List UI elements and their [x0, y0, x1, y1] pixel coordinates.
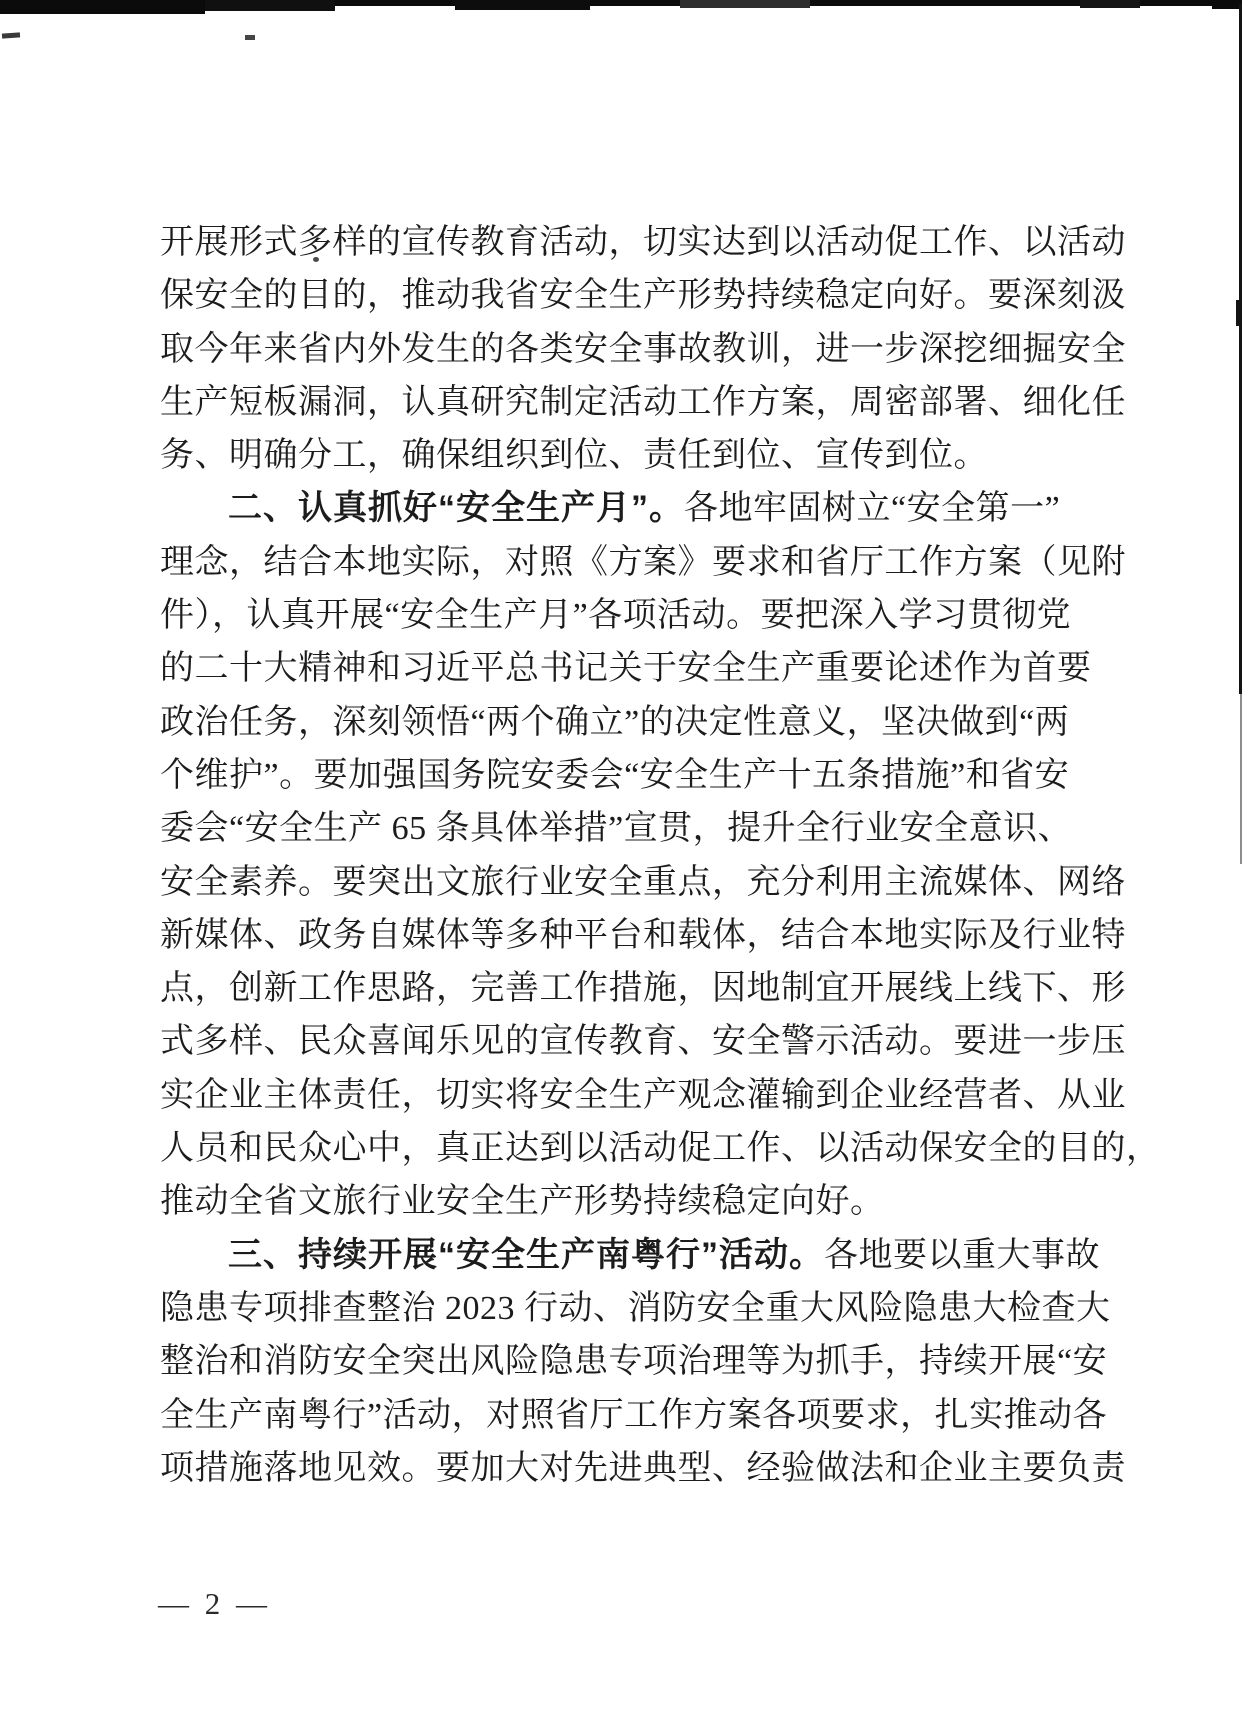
- text-segment-bold: 三、持续开展“安全生产南粤行”活动。: [228, 1236, 824, 1274]
- text-line: 隐患专项排查整治 2023 行动、消防安全重大风险隐患大检查大: [160, 1282, 1096, 1335]
- text-segment: 务、明确分工，确保组织到位、责任到位、宣传到位。: [160, 437, 988, 474]
- text-line: 安全素养。要突出文旅行业安全重点，充分利用主流媒体、网络: [160, 856, 1096, 909]
- text-segment: 推动全省文旅行业安全生产形势持续稳定向好。: [160, 1183, 885, 1220]
- text-segment: 安全素养。要突出文旅行业安全重点，充分利用主流媒体、网络: [160, 864, 1126, 901]
- text-line: 新媒体、政务自媒体等多种平台和载体，结合本地实际及行业特: [160, 909, 1096, 962]
- document-body: 开展形式多样的宣传教育活动，切实达到以活动促工作、以活动保安全的目的，推动我省安…: [160, 216, 1096, 1495]
- scan-artifact-top-mid: [455, 0, 590, 10]
- text-line: 人员和民众心中，真正达到以活动促工作、以活动保安全的目的，: [160, 1122, 1096, 1175]
- scan-artifact-top-left: [0, 0, 205, 14]
- scan-speck: [245, 35, 255, 40]
- text-segment: 实企业主体责任，切实将安全生产观念灌输到企业经营者、从业: [160, 1077, 1126, 1114]
- text-segment: 整治和消防安全突出风险隐患专项治理等为抓手，持续开展“安: [160, 1343, 1107, 1380]
- text-segment: 开展形式多样的宣传教育活动，切实达到以活动促工作、以活动: [160, 224, 1126, 261]
- text-line: 推动全省文旅行业安全生产形势持续稳定向好。: [160, 1175, 1096, 1228]
- text-segment: 保安全的目的，推动我省安全生产形势持续稳定向好。要深刻汲: [160, 277, 1126, 314]
- text-line: 二、认真抓好“安全生产月”。各地牢固树立“安全第一”: [160, 482, 1096, 535]
- text-line: 三、持续开展“安全生产南粤行”活动。各地要以重大事故: [160, 1229, 1096, 1282]
- text-segment: 新媒体、政务自媒体等多种平台和载体，结合本地实际及行业特: [160, 917, 1126, 954]
- text-line: 理念，结合本地实际，对照《方案》要求和省厅工作方案（见附: [160, 536, 1096, 589]
- text-line: 个维护”。要加强国务院安委会“安全生产十五条措施”和省安: [160, 749, 1096, 802]
- text-line: 实企业主体责任，切实将安全生产观念灌输到企业经营者、从业: [160, 1069, 1096, 1122]
- text-line: 取今年来省内外发生的各类安全事故教训，进一步深挖细掘安全: [160, 323, 1096, 376]
- text-segment: 生产短板漏洞，认真研究制定活动工作方案，周密部署、细化任: [160, 384, 1126, 421]
- text-line: 整治和消防安全突出风险隐患专项治理等为抓手，持续开展“安: [160, 1335, 1096, 1388]
- text-line: 全生产南粤行”活动，对照省厅工作方案各项要求，扎实推动各: [160, 1389, 1096, 1442]
- text-segment: 人员和民众心中，真正达到以活动促工作、以活动保安全的目的，: [160, 1130, 1161, 1167]
- text-segment: 取今年来省内外发生的各类安全事故教训，进一步深挖细掘安全: [160, 331, 1126, 368]
- text-line: 的二十大精神和习近平总书记关于安全生产重要论述作为首要: [160, 642, 1096, 695]
- text-segment: 点，创新工作思路，完善工作措施，因地制宜开展线上线下、形: [160, 970, 1126, 1007]
- text-segment: 理念，结合本地实际，对照《方案》要求和省厅工作方案（见附: [160, 544, 1126, 581]
- text-segment: 各地牢固树立“安全第一”: [684, 490, 1060, 527]
- text-line: 项措施落地见效。要加大对先进典型、经验做法和企业主要负责: [160, 1442, 1096, 1495]
- text-line: 生产短板漏洞，认真研究制定活动工作方案，周密部署、细化任: [160, 376, 1096, 429]
- text-line: 开展形式多样的宣传教育活动，切实达到以活动促工作、以活动: [160, 216, 1096, 269]
- text-segment: 隐患专项排查整治 2023 行动、消防安全重大风险隐患大检查大: [160, 1290, 1111, 1327]
- document-page: 开展形式多样的宣传教育活动，切实达到以活动促工作、以活动保安全的目的，推动我省安…: [0, 0, 1242, 1726]
- text-segment: 委会“安全生产 65 条具体举措”宣贯，提升全行业安全意识、: [160, 810, 1072, 847]
- text-line: 委会“安全生产 65 条具体举措”宣贯，提升全行业安全意识、: [160, 802, 1096, 855]
- text-segment: 个维护”。要加强国务院安委会“安全生产十五条措施”和省安: [160, 757, 1069, 794]
- text-segment: 件），认真开展“安全生产月”各项活动。要把深入学习贯彻党: [160, 597, 1071, 634]
- text-line: 政治任务，深刻领悟“两个确立”的决定性意义，坚决做到“两: [160, 696, 1096, 749]
- text-segment: 各地要以重大事故: [824, 1237, 1100, 1274]
- scan-speck: [2, 32, 20, 38]
- text-segment: 政治任务，深刻领悟“两个确立”的决定性意义，坚决做到“两: [160, 704, 1069, 741]
- text-line: 点，创新工作思路，完善工作措施，因地制宜开展线上线下、形: [160, 962, 1096, 1015]
- text-line: 式多样、民众喜闻乐见的宣传教育、安全警示活动。要进一步压: [160, 1015, 1096, 1068]
- page-number: — 2 —: [158, 1586, 271, 1622]
- scan-artifact-right-edge: [1236, 300, 1242, 326]
- text-line: 务、明确分工，确保组织到位、责任到位、宣传到位。: [160, 429, 1096, 482]
- text-segment-bold: 二、认真抓好“安全生产月”。: [228, 489, 684, 527]
- scan-artifact-top-left-2: [205, 0, 335, 11]
- scan-artifact-top-corner: [1212, 0, 1242, 9]
- text-line: 保安全的目的，推动我省安全生产形势持续稳定向好。要深刻汲: [160, 269, 1096, 322]
- text-segment: 项措施落地见效。要加大对先进典型、经验做法和企业主要负责: [160, 1450, 1126, 1487]
- text-segment: 全生产南粤行”活动，对照省厅工作方案各项要求，扎实推动各: [160, 1397, 1107, 1434]
- scan-artifact-top-gray: [680, 0, 810, 8]
- text-segment: 的二十大精神和习近平总书记关于安全生产重要论述作为首要: [160, 650, 1092, 687]
- scan-artifact-top-right: [1080, 0, 1140, 8]
- text-line: 件），认真开展“安全生产月”各项活动。要把深入学习贯彻党: [160, 589, 1096, 642]
- text-segment: 式多样、民众喜闻乐见的宣传教育、安全警示活动。要进一步压: [160, 1023, 1126, 1060]
